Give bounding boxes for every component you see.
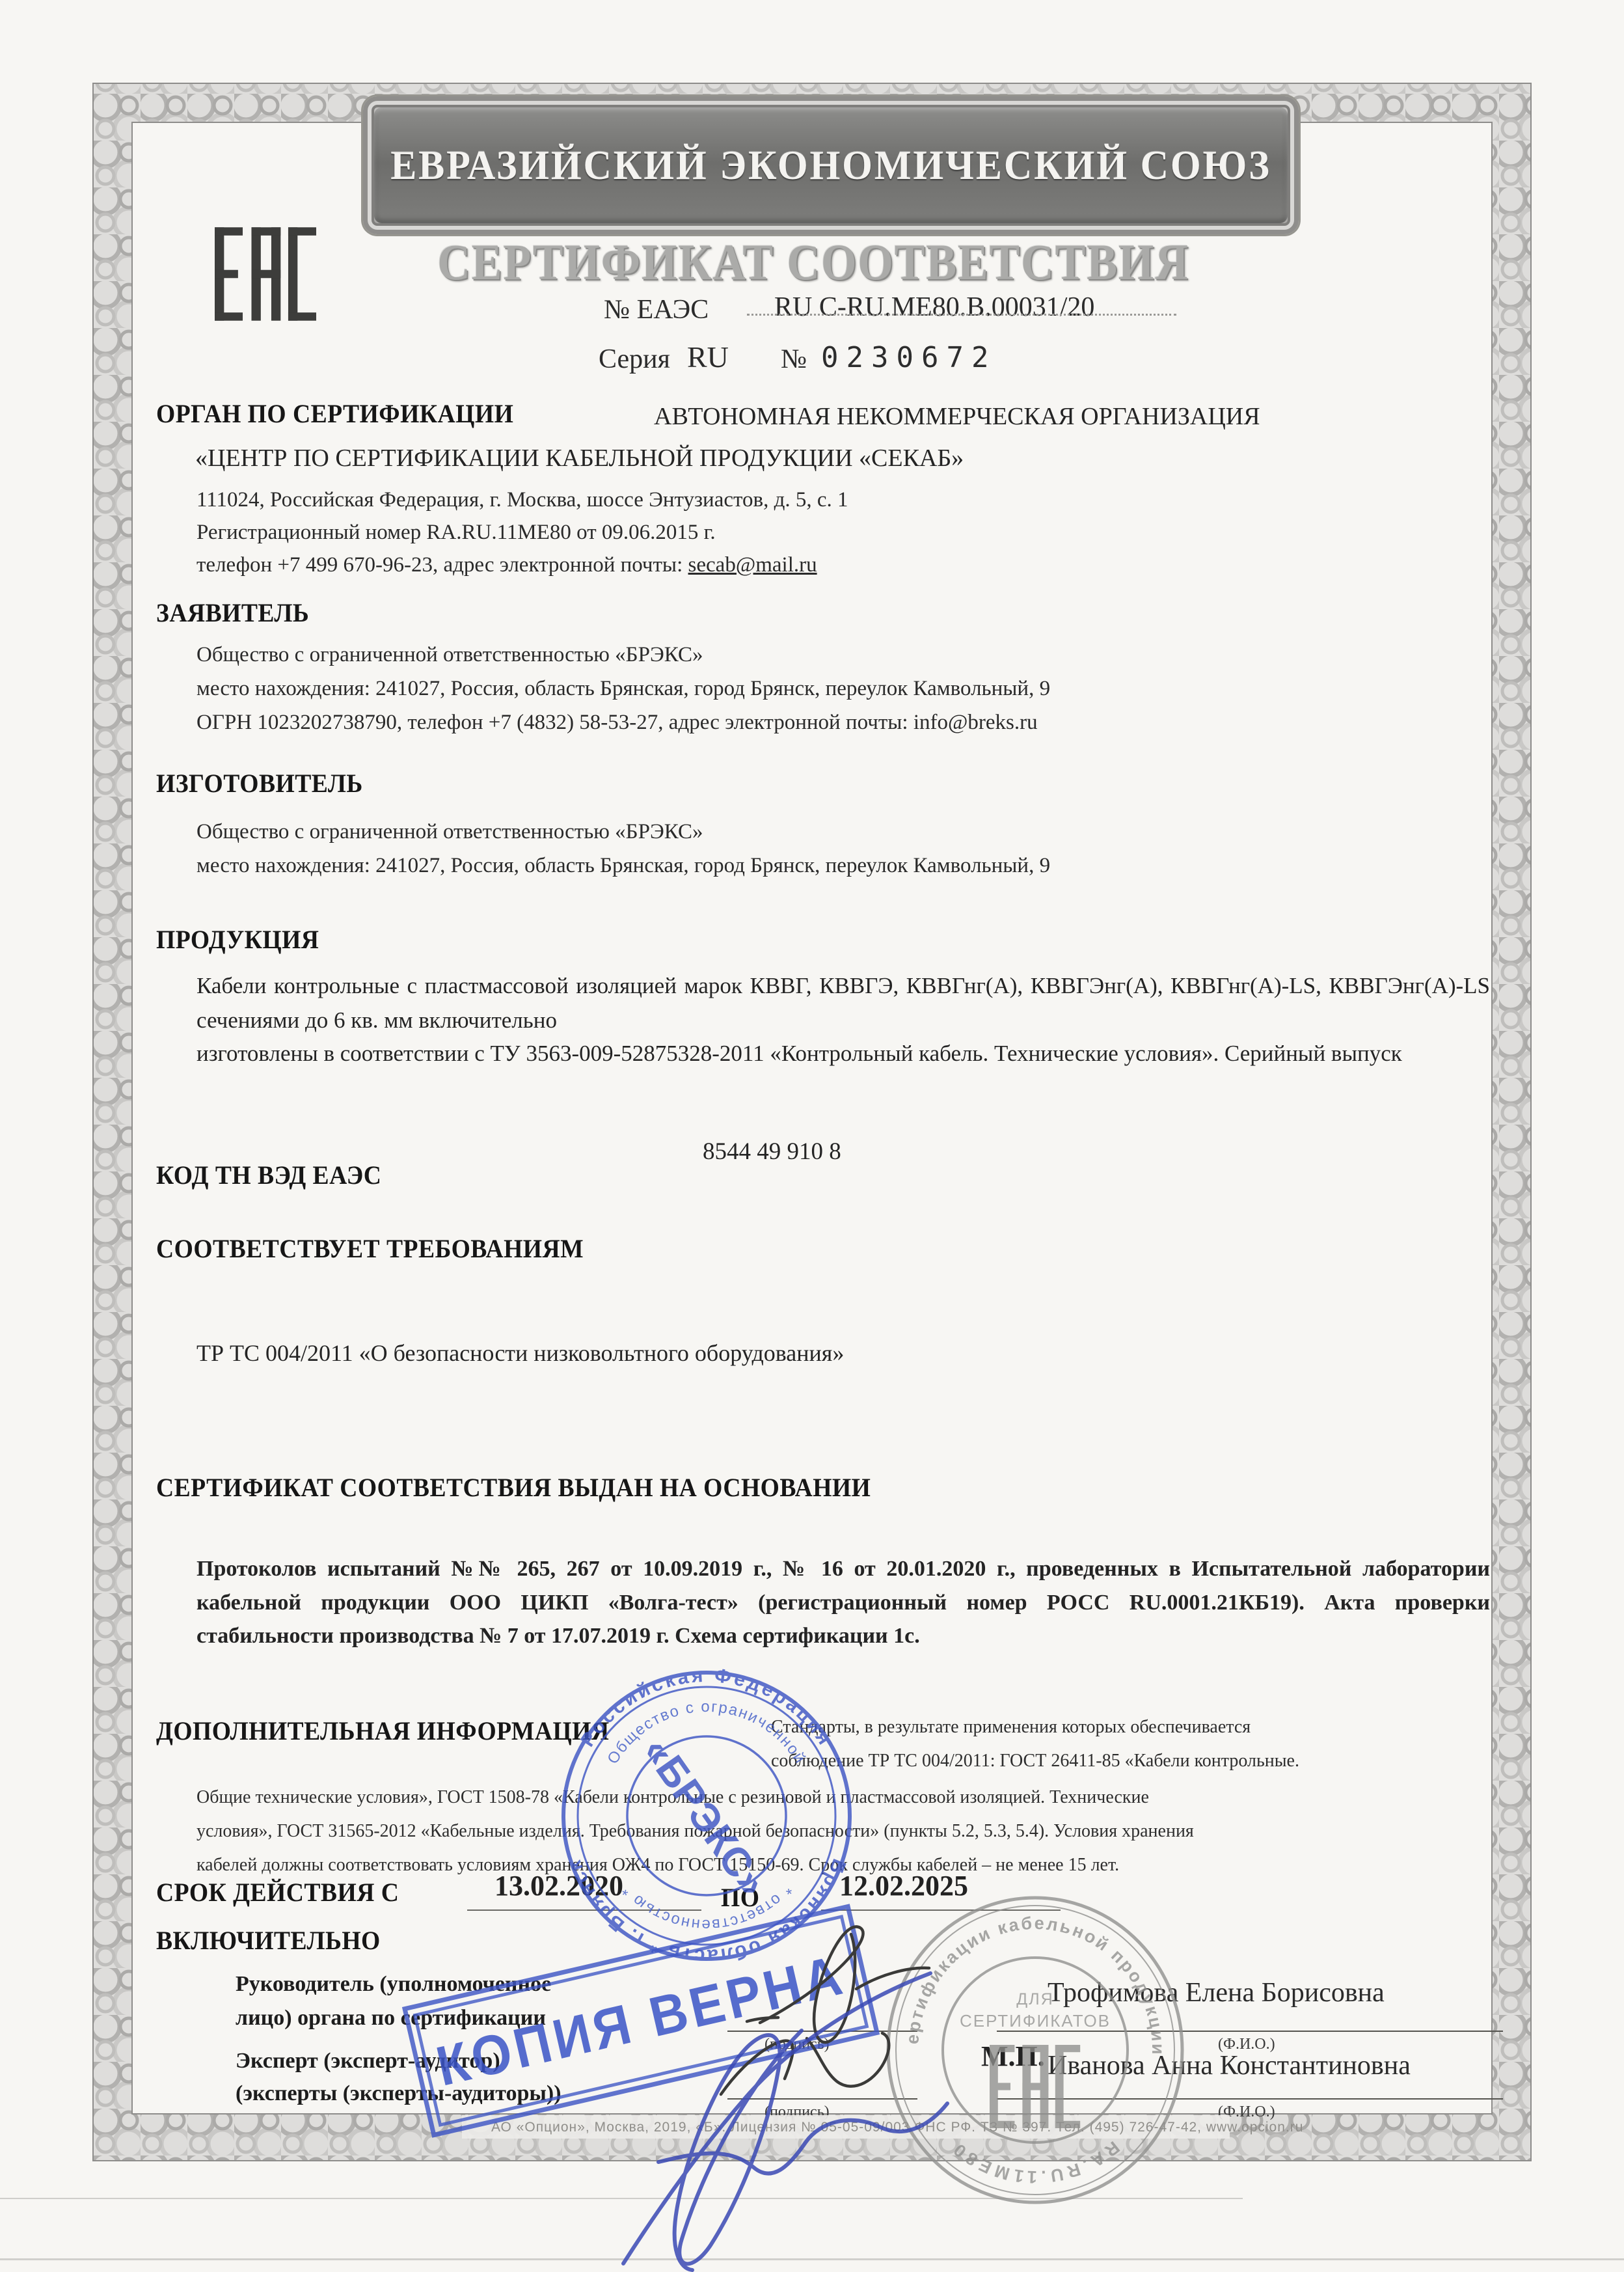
org-registration: Регистрационный номер RA.RU.11ME80 от 09… (196, 521, 716, 545)
union-name: ЕВРАЗИЙСКИЙ ЭКОНОМИЧЕСКИЙ СОЮЗ (390, 141, 1271, 189)
production-para1: Кабели контрольные с пластмассовой изоля… (196, 968, 1490, 1037)
certification-round-stamp: сертификации кабельной продукции RA.RU.1… (882, 1893, 1189, 2208)
series-label: Серия (599, 344, 670, 375)
org-name: «ЦЕНТР ПО СЕРТИФИКАЦИИ КАБЕЛЬНОЙ ПРОДУКЦ… (195, 444, 964, 472)
validity-from-label: СРОК ДЕЙСТВИЯ С (156, 1877, 399, 1908)
additional-heading: ДОПОЛНИТЕЛЬНАЯ ИНФОРМАЦИЯ (156, 1716, 610, 1746)
union-banner-panel: ЕВРАЗИЙСКИЙ ЭКОНОМИЧЕСКИЙ СОЮЗ (374, 107, 1288, 223)
cert-stamp-inner-line1: ДЛЯ (1016, 1990, 1053, 2008)
applicant-name: Общество с ограниченной ответственностью… (196, 643, 703, 667)
basis-paragraph: Протоколов испытаний №№ 265, 267 от 10.0… (196, 1552, 1490, 1653)
eac-logo (215, 216, 316, 332)
series-value: RU (687, 340, 729, 374)
validity-inclusive: ВКЛЮЧИТЕЛЬНО (156, 1925, 381, 1956)
cert-stamp-inner-line2: СЕРТИФИКАТОВ (960, 2011, 1111, 2031)
basis-text-1: Протоколов испытаний №№ 265, 267 от 10.0… (196, 1557, 1490, 1615)
certificate-page: ЕВРАЗИЙСКИЙ ЭКОНОМИЧЕСКИЙ СОЮЗ СЕРТИФИКА… (0, 0, 1624, 2272)
manufacturer-address: место нахождения: 241027, Россия, област… (196, 854, 1050, 878)
requirements-heading: СООТВЕТСТВУЕТ ТРЕБОВАНИЯМ (156, 1233, 584, 1264)
applicant-heading: ЗАЯВИТЕЛЬ (156, 597, 309, 628)
requirements-text: ТР ТС 004/2011 «О безопасности низковоль… (196, 1339, 844, 1367)
serial-label: № (781, 344, 807, 375)
tnved-code: 8544 49 910 8 (703, 1138, 841, 1166)
cert-stamp-eac-glyph (990, 2045, 1080, 2128)
breks-center-text: «БРЭКС» (634, 1729, 776, 1905)
microtext-rule (747, 314, 1176, 316)
applicant-address: место нахождения: 241027, Россия, област… (196, 677, 1050, 701)
manufacturer-name: Общество с ограниченной ответственностью… (196, 820, 703, 844)
production-heading: ПРОДУКЦИЯ (156, 924, 319, 955)
org-phone: телефон +7 499 670-96-23, адрес электрон… (196, 553, 688, 577)
union-banner: ЕВРАЗИЙСКИЙ ЭКОНОМИЧЕСКИЙ СОЮЗ (363, 96, 1299, 234)
org-heading: ОРГАН ПО СЕРТИФИКАЦИИ (156, 398, 513, 429)
org-contacts: телефон +7 499 670-96-23, адрес электрон… (196, 553, 817, 577)
doc-title-wrap: СЕРТИФИКАТ СООТВЕТСТВИЯ (338, 233, 1288, 292)
manufacturer-heading: ИЗГОТОВИТЕЛЬ (156, 768, 363, 799)
production-para2: изготовлены в соответствии с ТУ 3563-009… (196, 1036, 1490, 1071)
cert-number-value: RU C-RU.ME80.B.00031/20 (774, 292, 1094, 323)
org-type: АВТОНОМНАЯ НЕКОММЕРЧЕСКАЯ ОРГАНИЗАЦИЯ (654, 402, 1260, 431)
serial-value: 0230672 (821, 341, 996, 374)
doc-title: СЕРТИФИКАТ СООТВЕТСТВИЯ (437, 233, 1189, 292)
basis-heading: СЕРТИФИКАТ СООТВЕТСТВИЯ ВЫДАН НА ОСНОВАН… (156, 1472, 871, 1503)
tnved-heading: КОД ТН ВЭД ЕАЭС (156, 1160, 381, 1190)
applicant-details: ОГРН 1023202738790, телефон +7 (4832) 58… (196, 711, 1038, 735)
org-address: 111024, Российская Федерация, г. Москва,… (196, 488, 848, 512)
cert-number-label: № ЕАЭС (604, 294, 709, 325)
org-email: secab@mail.ru (688, 553, 817, 577)
